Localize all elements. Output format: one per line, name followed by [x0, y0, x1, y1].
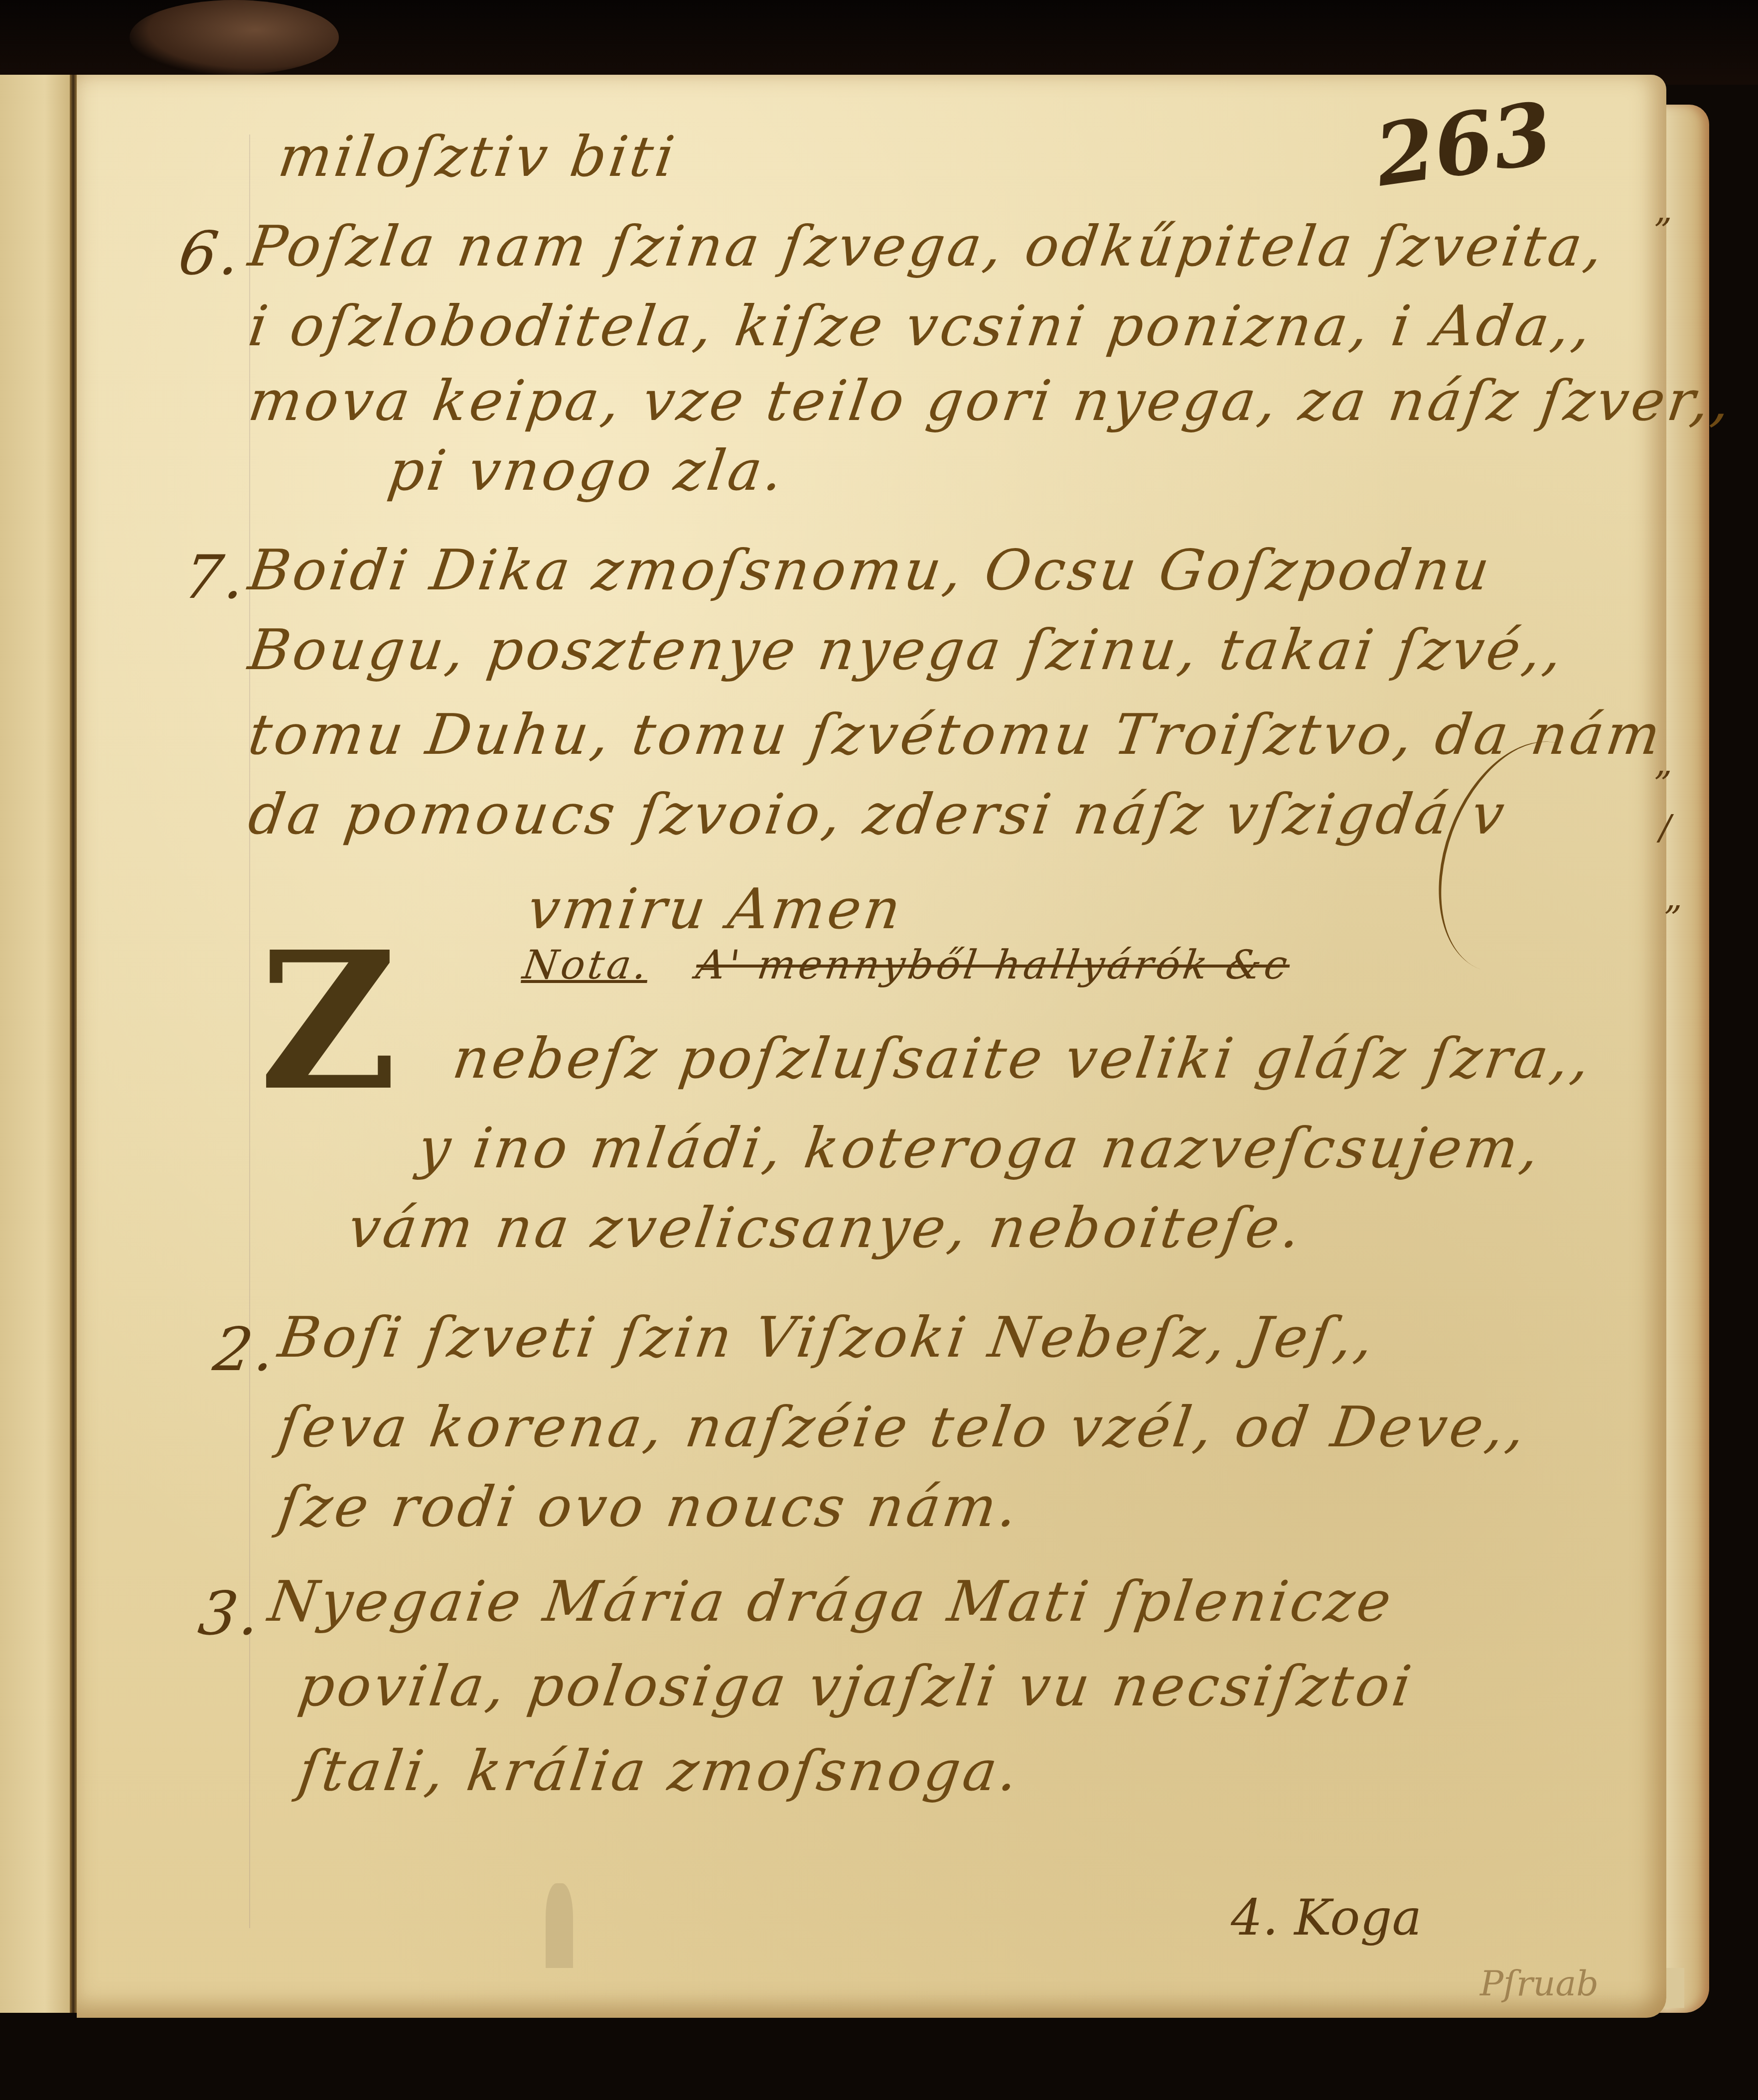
- hymn2-line-7: Nyegaie Mária drága Mati ſplenicze: [265, 1569, 1398, 1634]
- book-gutter: [70, 75, 77, 2013]
- line-10-amen: vmiru Amen: [524, 877, 907, 942]
- margin-mark: „: [1664, 877, 1682, 918]
- nota-text: A' mennyből hallyárók &c: [693, 942, 1293, 988]
- line-2: Poſzla nam ſzina ſzvega, odkűpitela ſzve…: [245, 214, 1610, 279]
- line-3: i oſzloboditela, kiſze vcsini ponizna, i…: [245, 294, 1598, 359]
- hymn2-line-8: povila, polosiga vjaſzli vu necsiſztoi: [294, 1654, 1418, 1719]
- margin-mark: „: [1654, 742, 1672, 783]
- margin-mark: „: [1654, 189, 1672, 230]
- verse-number-6: 6.: [174, 219, 247, 288]
- verse-number-7: 7.: [179, 543, 252, 612]
- decorated-initial-z: Z: [259, 927, 397, 1116]
- hymn2-line-1: nebeſz poſzluſsaite veliki gláſz ſzra,,: [449, 1026, 1597, 1091]
- hymn2-line-9: ſtali, krália zmoſsnoga.: [294, 1739, 1025, 1804]
- line-6: Boidi Dika zmoſsnomu, Ocsu Goſzpodnu: [245, 538, 1496, 603]
- line-7: Bougu, posztenye nyega ſzinu, takai ſzvé…: [245, 618, 1569, 683]
- margin-mark: /: [1659, 807, 1671, 848]
- hymn2-line-2: y ino mládi, koteroga nazveſcsujem,: [414, 1116, 1546, 1181]
- nota-annotation: Nota. A' mennyből hallyárók &c: [520, 942, 1293, 988]
- line-9: da pomoucs ſzvoio, zdersi náſz vſzigdá v: [245, 782, 1511, 847]
- catchword: 4. Koga: [1231, 1888, 1422, 1947]
- bottom-mark: Pſruab: [1480, 1963, 1599, 2004]
- line-8: tomu Duhu, tomu ſzvétomu Troiſztvo, da n…: [245, 702, 1667, 767]
- line-5: pi vnogo zla.: [384, 438, 790, 503]
- hymn2-line-5: ſeva korena, naſzéie telo vzél, od Deve,…: [275, 1395, 1532, 1460]
- previous-page-edge: [0, 75, 75, 2013]
- hymn2-line-4: Boſi ſzveti ſzin Viſzoki Nebeſz, Jeſ,,: [275, 1305, 1380, 1370]
- hymn2-line-3: vám na zvelicsanye, neboiteſe.: [344, 1196, 1308, 1260]
- verse-number-2: 2.: [209, 1315, 282, 1385]
- verse-number-3: 3.: [194, 1579, 267, 1649]
- line-1: miloſztiv biti: [275, 125, 681, 189]
- cover-fragment: [130, 0, 339, 75]
- nota-label: Nota.: [520, 942, 653, 988]
- line-4: mova keipa, vze teilo gori nyega, za náſ…: [245, 369, 1738, 433]
- page-tear: [546, 1883, 573, 1968]
- hymn2-line-6: ſze rodi ovo noucs nám.: [275, 1475, 1025, 1540]
